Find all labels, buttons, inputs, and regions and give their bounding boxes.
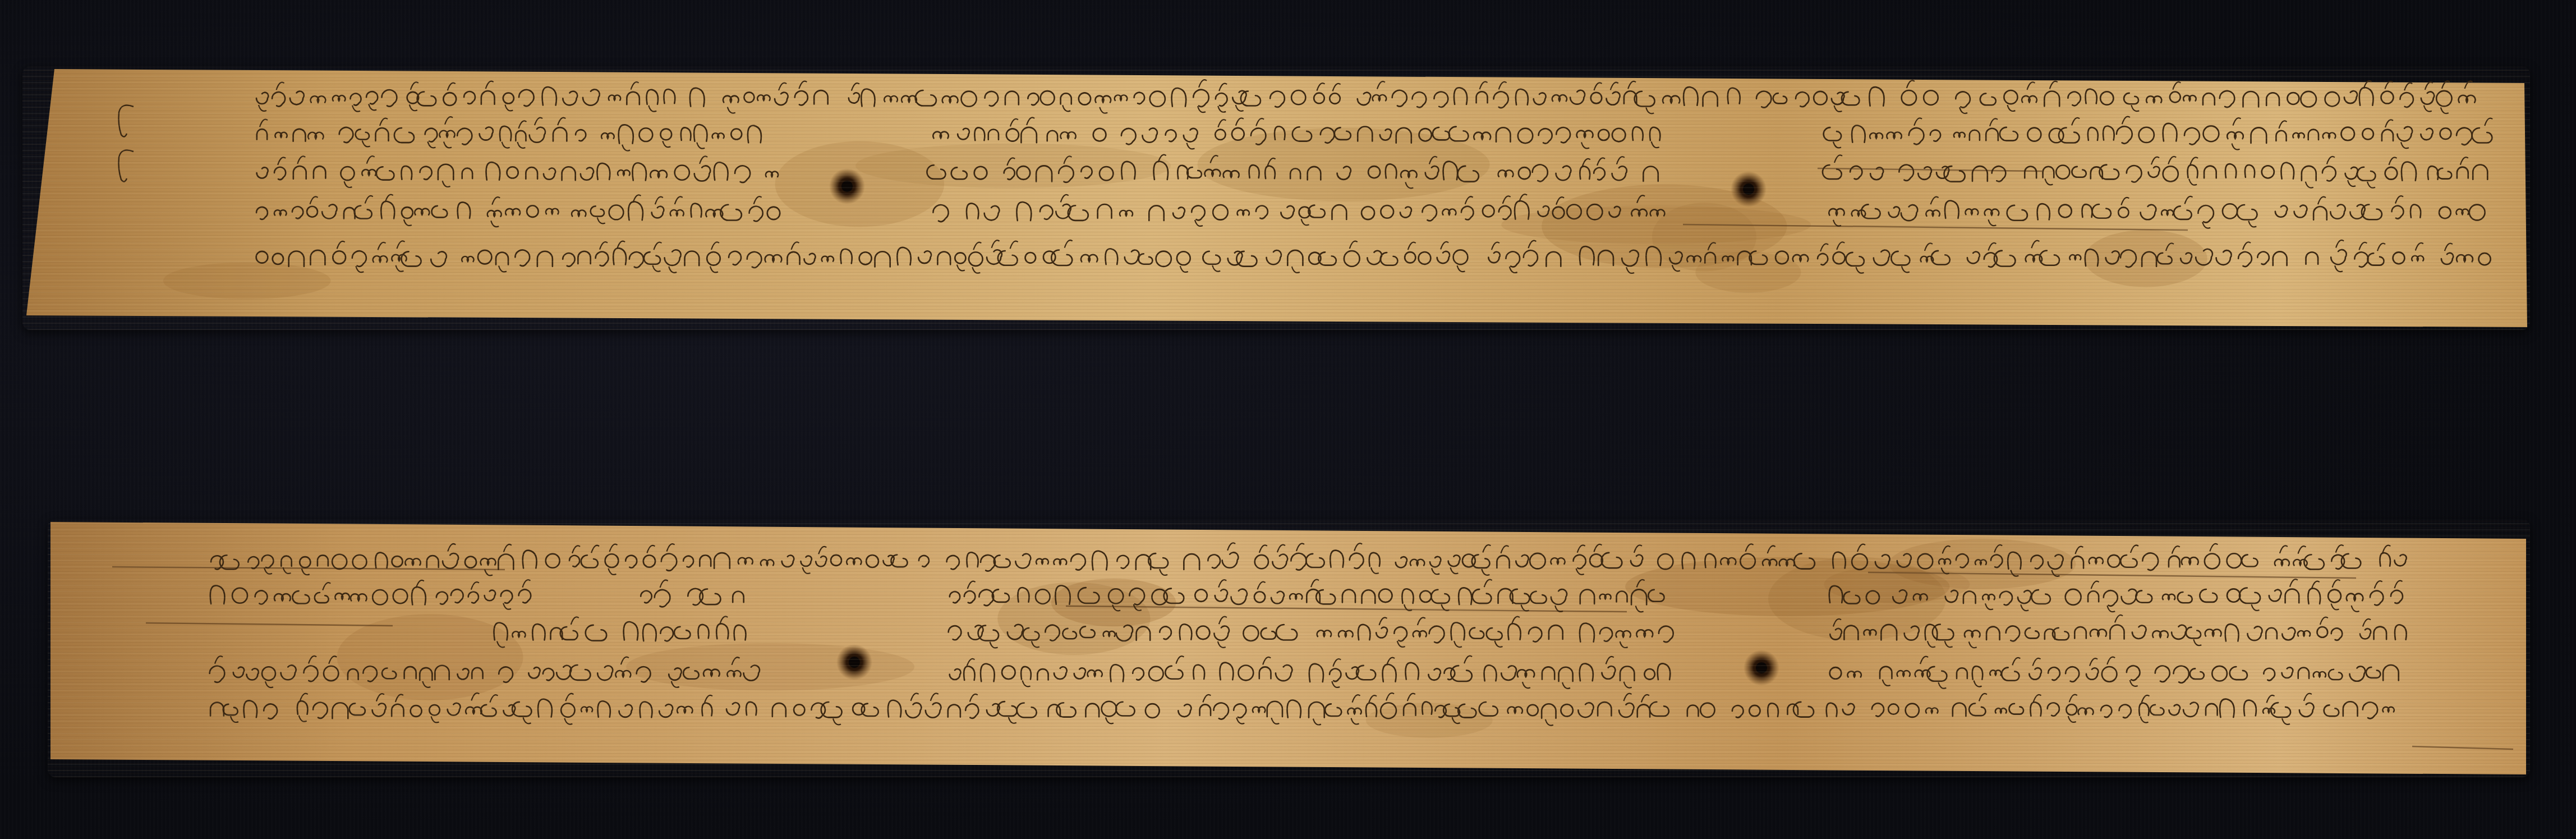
- leaf-surface: [48, 519, 2530, 777]
- leaf-surface: [22, 66, 2530, 330]
- palm-leaf-bottom: [48, 519, 2530, 777]
- palm-leaf-top: [22, 66, 2530, 330]
